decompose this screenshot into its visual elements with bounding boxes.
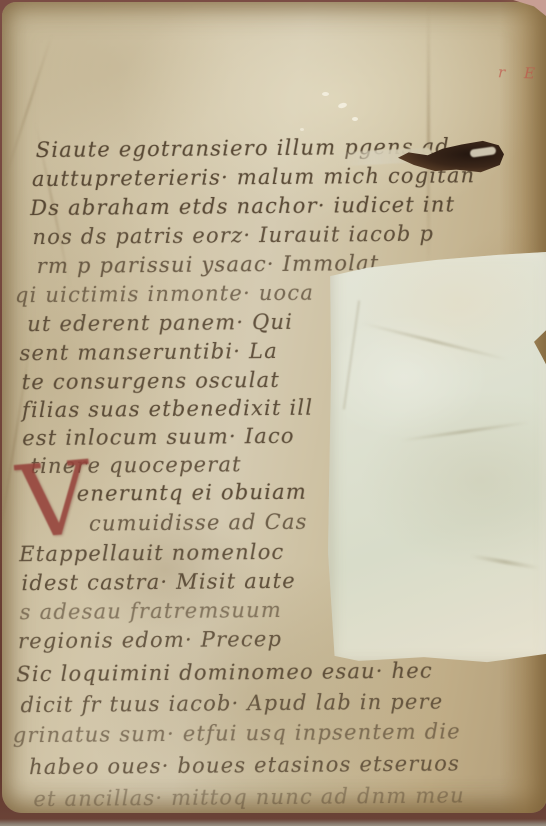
red-initial-letter: V [14, 455, 93, 546]
manuscript-line-10: filias suas etbenedixit ill [22, 396, 313, 423]
manuscript-photo: r E Siaute egotransiero illum pgens ad a… [0, 0, 546, 826]
manuscript-line-18: regionis edom· Precep [18, 627, 282, 653]
manuscript-line-6: qi uictimis inmonte· uoca [15, 281, 314, 308]
manuscript-line-13: eneruntq ei obuiam [77, 480, 307, 506]
manuscript-line-3: Ds abraham etds nachor· iudicet int [30, 192, 455, 220]
manuscript-line-9: te consurgens osculat [22, 368, 280, 394]
manuscript-line-19: Sic loquimini dominomeo esau· hec [16, 659, 433, 687]
manuscript-line-17: s adesau fratremsuum [20, 598, 282, 624]
manuscript-line-7: ut ederent panem· Qui [27, 310, 293, 336]
table-edge-strip [0, 819, 546, 826]
manuscript-line-23: et ancillas· mittoq nunc ad dnm meu [33, 783, 465, 811]
manuscript-line-2: auttupreterieris· malum mich cogitan [32, 163, 476, 191]
manuscript-line-8: sent manseruntibi· La [19, 339, 278, 365]
manuscript-line-14: cumuidisse ad Cas [89, 510, 308, 536]
manuscript-line-16: idest castra· Misit aute [21, 569, 296, 595]
manuscript-line-5: rm p parissui ysaac· Immolat [37, 251, 380, 278]
manuscript-line-4: nos ds patris eorz· Iurauit iacob p [32, 222, 434, 250]
paper-repair-patch [328, 252, 546, 668]
manuscript-line-22: habeo oues· boues etasinos etseruos [29, 751, 460, 779]
manuscript-line-21: grinatus sum· etfui usq inpsentem die [13, 719, 461, 747]
manuscript-line-20: dicit fr tuus iacob· Apud lab in pere [20, 690, 443, 718]
